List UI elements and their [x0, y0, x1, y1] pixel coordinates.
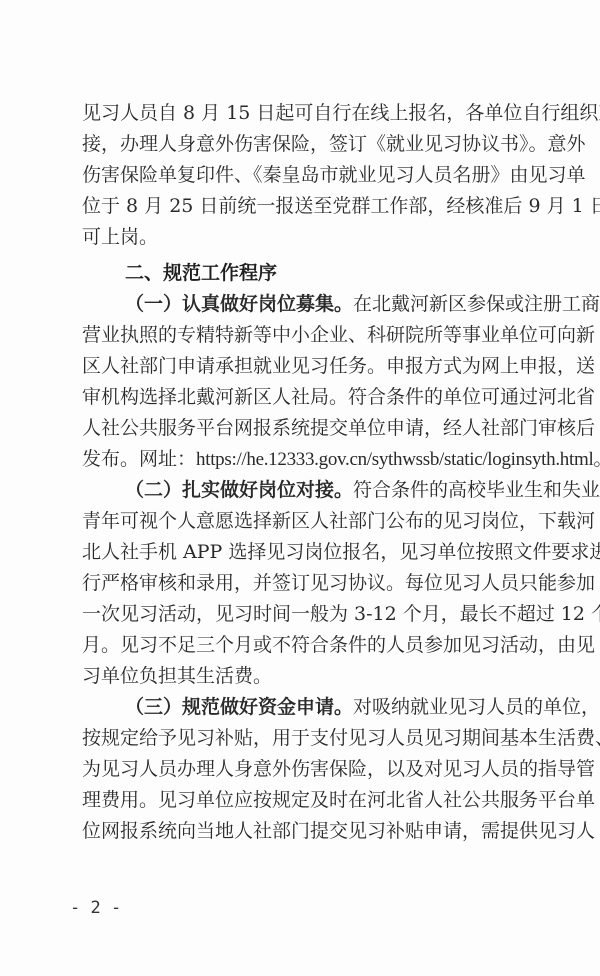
item1-line: 区人社部门申请承担就业见习任务。申报方式为网上申报，送	[82, 354, 554, 378]
item3-line: 为见习人员办理人身意外伤害保险，以及对见习人员的指导管	[82, 757, 554, 781]
item2-first-rest: 符合条件的高校毕业生和失业	[353, 479, 600, 501]
item1-line: 营业执照的专精特新等中小企业、科研院所等事业单位可向新	[82, 323, 554, 347]
item2-line: 习单位负担其生活费。	[82, 664, 554, 688]
item2-line: 一次见习活动，见习时间一般为 3-12 个月，最长不超过 12 个	[82, 602, 554, 626]
item3-line: 理费用。见习单位应按规定及时在河北省人社公共服务平台单	[82, 788, 554, 812]
intro-line-4: 位于 8 月 25 日前统一报送至党群工作部，经核准后 9 月 1 日方	[82, 194, 554, 218]
page-number: - 2 -	[70, 897, 121, 919]
item3-line: 按规定给予见习补贴，用于支付见习人员见习期间基本生活费、	[82, 726, 562, 750]
item3-first-line: （三）规范做好资金申请。对吸纳就业见习人员的单位，	[125, 695, 554, 719]
item1-lead: （一）认真做好岗位募集。	[125, 293, 353, 315]
item1-url-suffix: 。	[593, 448, 600, 470]
item2-line: 月。见习不足三个月或不符合条件的人员参加见习活动，由见	[82, 633, 554, 657]
item1-line: 人社公共服务平台网报系统提交单位申请，经人社部门审核后	[82, 416, 554, 440]
intro-line-1: 见习人员自 8 月 15 日起可自行在线上报名，各单位自行组织对	[82, 101, 554, 125]
item2-line: 青年可视个人意愿选择新区人社部门公布的见习岗位，下载河	[82, 509, 554, 533]
item2-line: 北人社手机 APP 选择见习岗位报名，见习单位按照文件要求进	[82, 540, 554, 564]
item3-line: 位网报系统向当地人社部门提交见习补贴申请，需提供见习人	[82, 819, 554, 843]
item2-line: 行严格审核和录用，并签订见习协议。每位见习人员只能参加	[82, 571, 554, 595]
section-heading: 二、规范工作程序	[125, 261, 277, 285]
item3-first-rest: 对吸纳就业见习人员的单位，	[353, 696, 600, 718]
item3-lead: （三）规范做好资金申请。	[125, 696, 353, 718]
document-page: 见习人员自 8 月 15 日起可自行在线上报名，各单位自行组织对 接，办理人身意…	[0, 0, 600, 976]
item1-first-rest: 在北戴河新区参保或注册工商	[353, 293, 600, 315]
item1-url-prefix: 发布。网址：	[82, 448, 196, 470]
intro-line-3: 伤害保险单复印件、《秦皇岛市就业见习人员名册》由见习单	[82, 163, 554, 187]
item2-lead: （二）扎实做好岗位对接。	[125, 479, 353, 501]
item1-line: 审机构选择北戴河新区人社局。符合条件的单位可通过河北省	[82, 385, 554, 409]
registration-url-link[interactable]: https://he.12333.gov.cn/sythwssb/static/…	[196, 449, 593, 470]
item1-last-line: 发布。网址：https://he.12333.gov.cn/sythwssb/s…	[82, 447, 562, 472]
item2-first-line: （二）扎实做好岗位对接。符合条件的高校毕业生和失业	[125, 478, 554, 502]
intro-line-2: 接，办理人身意外伤害保险，签订《就业见习协议书》。意外	[82, 132, 554, 156]
intro-line-5: 可上岗。	[82, 225, 554, 249]
item1-first-line: （一）认真做好岗位募集。在北戴河新区参保或注册工商	[125, 292, 554, 316]
